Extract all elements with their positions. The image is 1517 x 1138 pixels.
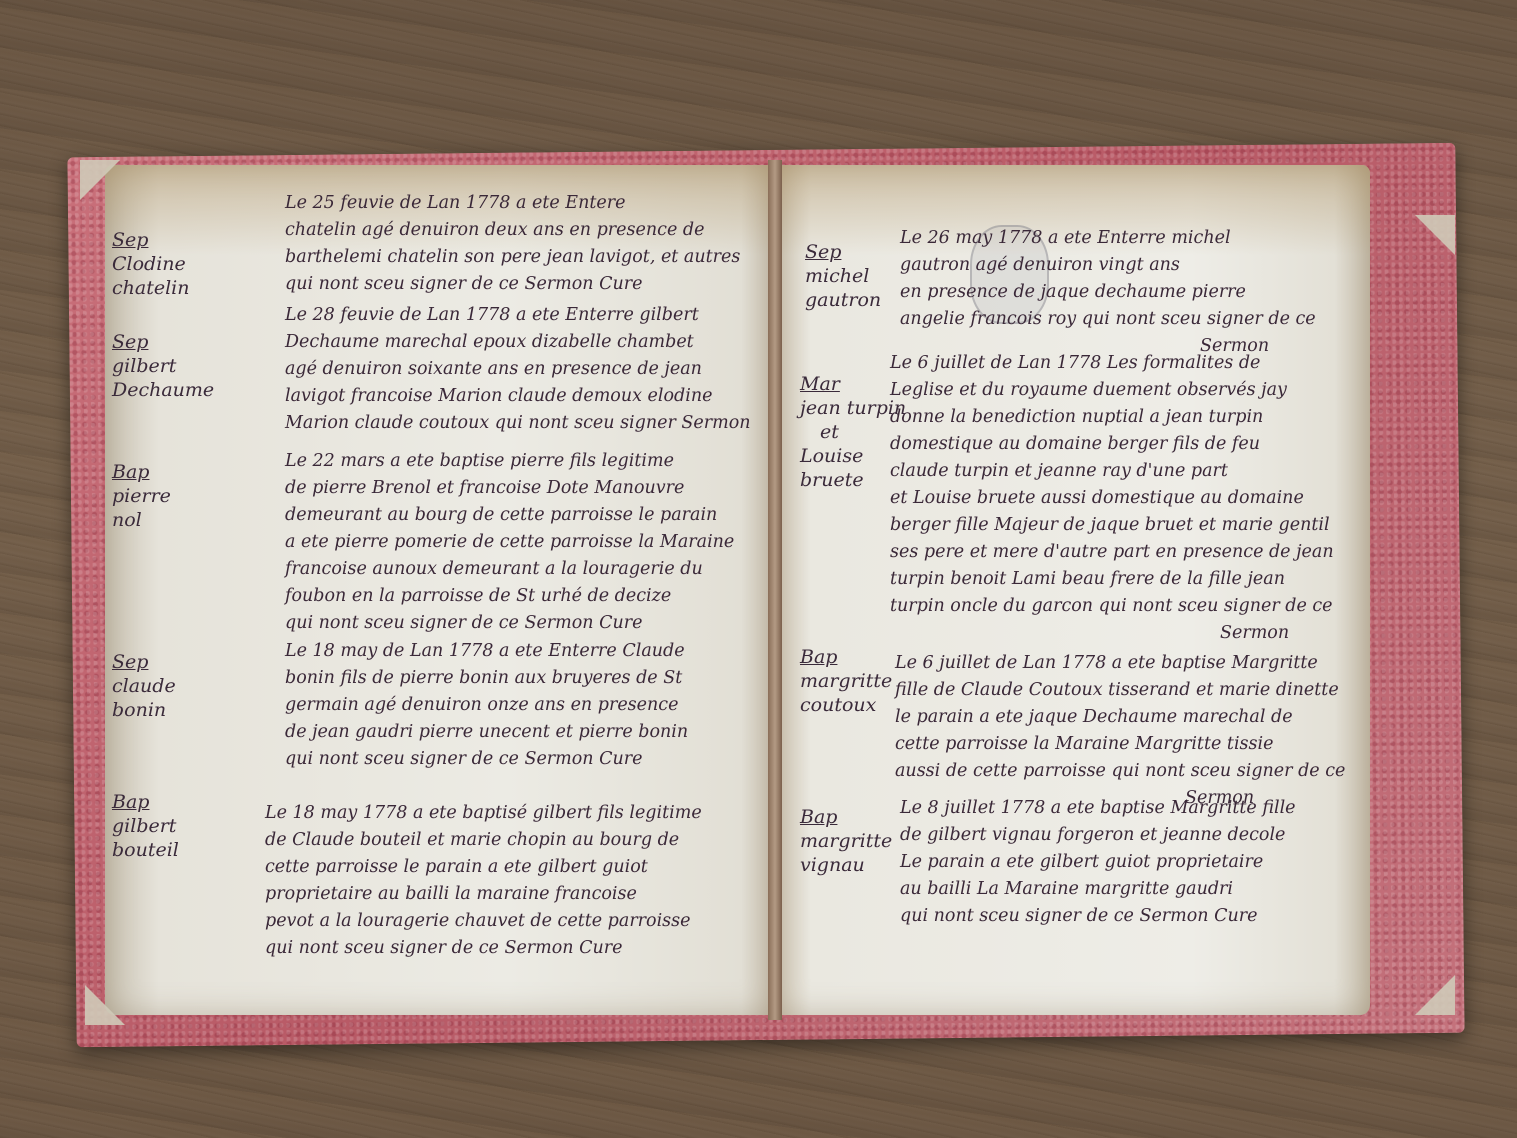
register-entry: Le 25 feuvie de Lan 1778 a ete Entere ch…: [285, 190, 740, 298]
entry-line: a ete pierre pomerie de cette parroisse …: [285, 529, 734, 556]
margin-name: gilbert: [112, 354, 214, 378]
entry-line: germain agé denuiron onze ans en presenc…: [285, 692, 688, 719]
margin-name: coutoux: [800, 693, 892, 717]
entry-line: fille de Claude Coutoux tisserand et mar…: [895, 677, 1345, 704]
entry-type: Sep: [805, 240, 881, 264]
entry-line: berger fille Majeur de jaque bruet et ma…: [890, 512, 1334, 539]
entry-type: Bap: [800, 805, 892, 829]
entry-line: en presence de jaque dechaume pierre: [900, 279, 1316, 306]
margin-name: Clodine: [112, 252, 189, 276]
register-entry: Le 28 feuvie de Lan 1778 a ete Enterre g…: [285, 302, 751, 437]
entry-line: Leglise et du royaume duement observés j…: [890, 377, 1334, 404]
register-entry: Le 22 mars a ete baptise pierre fils leg…: [285, 448, 734, 637]
entry-line: Le 18 may 1778 a ete baptisé gilbert fil…: [265, 800, 702, 827]
entry-line: Le parain a ete gilbert guiot proprietai…: [900, 849, 1296, 876]
entry-line: pevot a la louragerie chauvet de cette p…: [265, 908, 702, 935]
entry-line: proprietaire au bailli la maraine franco…: [265, 881, 702, 908]
entry-line: et Louise bruete aussi domestique au dom…: [890, 485, 1334, 512]
entry-line: qui nont sceu signer de ce Sermon Cure: [285, 610, 734, 637]
register-entry: Le 18 may de Lan 1778 a ete Enterre Clau…: [285, 638, 688, 773]
book-spine: [768, 160, 782, 1020]
entry-line: foubon en la parroisse de St urhé de dec…: [285, 583, 734, 610]
entry-line: Le 6 juillet de Lan 1778 a ete baptise M…: [895, 650, 1345, 677]
margin-name: bouteil: [112, 838, 179, 862]
entry-line: Le 25 feuvie de Lan 1778 a ete Entere: [285, 190, 740, 217]
margin-note: Bap gilbert bouteil: [112, 790, 179, 862]
margin-name: Dechaume: [112, 378, 214, 402]
margin-name: gilbert: [112, 814, 179, 838]
entry-line: ses pere et mere d'autre part en presenc…: [890, 539, 1334, 566]
entry-type: Sep: [112, 650, 176, 674]
entry-line: de gilbert vignau forgeron et jeanne dec…: [900, 822, 1296, 849]
margin-name: pierre: [112, 484, 171, 508]
entry-line: qui nont sceu signer de ce Sermon Cure: [900, 903, 1296, 930]
entry-line: cette parroisse le parain a ete gilbert …: [265, 854, 702, 881]
entry-line: Marion claude coutoux qui nont sceu sign…: [285, 410, 751, 437]
entry-line: turpin oncle du garcon qui nont sceu sig…: [890, 593, 1334, 620]
margin-name: nol: [112, 508, 171, 532]
margin-name: vignau: [800, 853, 892, 877]
entry-line: Le 8 juillet 1778 a ete baptise Margritt…: [900, 795, 1296, 822]
entry-line: barthelemi chatelin son pere jean lavigo…: [285, 244, 740, 271]
margin-name: bonin: [112, 698, 176, 722]
register-entry: Le 6 juillet de Lan 1778 Les formalites …: [890, 350, 1334, 647]
entry-line: Le 22 mars a ete baptise pierre fils leg…: [285, 448, 734, 475]
margin-note: Bap margritte vignau: [800, 805, 892, 877]
margin-note: Bap margritte coutoux: [800, 645, 892, 717]
margin-name: michel: [805, 264, 881, 288]
entry-line: Le 28 feuvie de Lan 1778 a ete Enterre g…: [285, 302, 751, 329]
entry-type: Sep: [112, 330, 214, 354]
margin-note: Sep Clodine chatelin: [112, 228, 189, 300]
entry-line: Dechaume marechal epoux dizabelle chambe…: [285, 329, 751, 356]
entry-line: de jean gaudri pierre unecent et pierre …: [285, 719, 688, 746]
entry-line: au bailli La Maraine margritte gaudri: [900, 876, 1296, 903]
entry-type: Bap: [800, 645, 892, 669]
margin-name: chatelin: [112, 276, 189, 300]
entry-line: donne la benediction nuptial a jean turp…: [890, 404, 1334, 431]
entry-line: Sermon: [890, 620, 1334, 647]
entry-line: bonin fils de pierre bonin aux bruyeres …: [285, 665, 688, 692]
margin-note: Sep claude bonin: [112, 650, 176, 722]
entry-line: de Claude bouteil et marie chopin au bou…: [265, 827, 702, 854]
margin-note: Sep gilbert Dechaume: [112, 330, 214, 402]
entry-line: Le 6 juillet de Lan 1778 Les formalites …: [890, 350, 1334, 377]
entry-line: Le 18 may de Lan 1778 a ete Enterre Clau…: [285, 638, 688, 665]
register-entry: Le 18 may 1778 a ete baptisé gilbert fil…: [265, 800, 702, 962]
entry-line: claude turpin et jeanne ray d'une part: [890, 458, 1334, 485]
register-entry: Le 6 juillet de Lan 1778 a ete baptise M…: [895, 650, 1345, 812]
margin-note: Bap pierre nol: [112, 460, 171, 532]
entry-line: francoise aunoux demeurant a la lourager…: [285, 556, 734, 583]
margin-name: margritte: [800, 669, 892, 693]
entry-line: agé denuiron soixante ans en presence de…: [285, 356, 751, 383]
entry-line: qui nont sceu signer de ce Sermon Cure: [265, 935, 702, 962]
register-entry: Le 8 juillet 1778 a ete baptise Margritt…: [900, 795, 1296, 930]
entry-line: aussi de cette parroisse qui nont sceu s…: [895, 758, 1345, 785]
register-entry: Le 26 may 1778 a ete Enterre michel gaut…: [900, 225, 1316, 360]
margin-name: gautron: [805, 288, 881, 312]
entry-line: Le 26 may 1778 a ete Enterre michel: [900, 225, 1316, 252]
entry-line: qui nont sceu signer de ce Sermon Cure: [285, 271, 740, 298]
entry-line: le parain a ete jaque Dechaume marechal …: [895, 704, 1345, 731]
entry-line: turpin benoit Lami beau frere de la fill…: [890, 566, 1334, 593]
entry-line: demeurant au bourg de cette parroisse le…: [285, 502, 734, 529]
entry-type: Bap: [112, 460, 171, 484]
entry-line: gautron agé denuiron vingt ans: [900, 252, 1316, 279]
margin-name: claude: [112, 674, 176, 698]
entry-line: angelie francois roy qui nont sceu signe…: [900, 306, 1316, 333]
margin-name: margritte: [800, 829, 892, 853]
entry-line: cette parroisse la Maraine Margritte tis…: [895, 731, 1345, 758]
entry-type: Bap: [112, 790, 179, 814]
entry-line: domestique au domaine berger fils de feu: [890, 431, 1334, 458]
entry-line: lavigot francoise Marion claude demoux e…: [285, 383, 751, 410]
entry-line: qui nont sceu signer de ce Sermon Cure: [285, 746, 688, 773]
margin-note: Sep michel gautron: [805, 240, 881, 312]
entry-line: de pierre Brenol et francoise Dote Manou…: [285, 475, 734, 502]
entry-line: chatelin agé denuiron deux ans en presen…: [285, 217, 740, 244]
entry-type: Sep: [112, 228, 189, 252]
